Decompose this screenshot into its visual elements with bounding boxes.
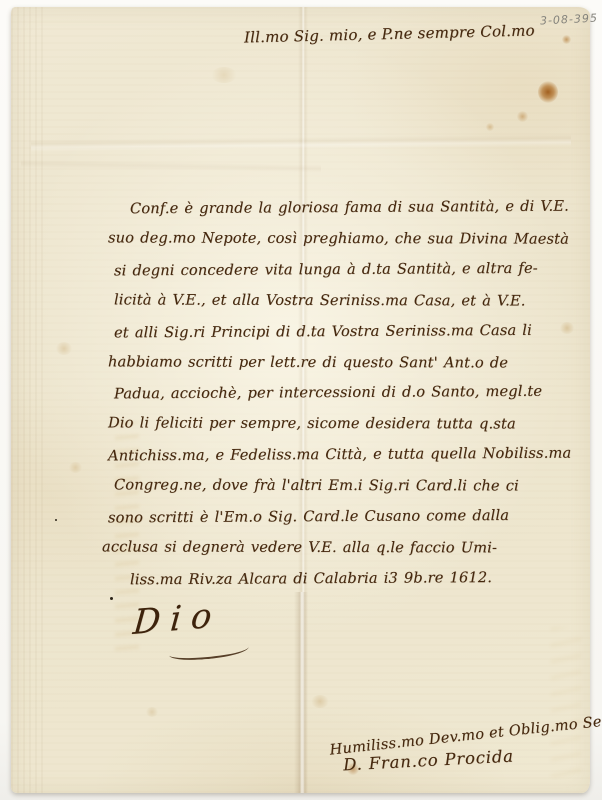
body-line: Padua, acciochè, per intercessioni di d.… [102, 377, 582, 411]
foxing-stain [69, 462, 82, 473]
body-line: Dio li feliciti per sempre, sicome desid… [102, 409, 582, 441]
archive-number: 3-08-395 [540, 11, 599, 27]
body-line: acclusa si degnerà vedere V.E. alla q.le… [102, 532, 582, 564]
body-line: Conf.e è grande la gloriosa fama di sua … [102, 192, 582, 226]
ink-speck [55, 519, 57, 521]
salutation-line: Ill.mo Sig. mio, e P.ne sempre Col.mo [244, 21, 535, 46]
ink-speck [110, 597, 113, 600]
letter-scan: 3-08-395 Ill.mo Sig. mio, e P.ne sempre … [0, 0, 602, 800]
body-line: licità à V.E., et alla Vostra Seriniss.m… [102, 285, 582, 317]
foxing-stain [211, 67, 237, 83]
body-line: liss.ma Riv.za Alcara di Calabria i3 9b.… [102, 562, 582, 596]
closing-flourish: Dio [131, 595, 223, 643]
paper-edge-texture [11, 7, 45, 793]
body-line: sono scritti è l'Em.o Sig. Card.le Cusan… [102, 501, 582, 535]
closing-flourish-swash [169, 640, 250, 662]
paper-sheet: 3-08-395 Ill.mo Sig. mio, e P.ne sempre … [11, 7, 590, 793]
foxing-stain [517, 111, 528, 122]
body-line: si degni concedere vita lunga à d.ta San… [102, 253, 582, 287]
foxing-stain [486, 123, 494, 131]
foxing-stain [56, 342, 72, 355]
body-line: et alli Sig.ri Principi di d.ta Vostra S… [102, 315, 582, 349]
foxing-stain [538, 81, 558, 103]
signature-block: Humiliss.mo Dev.mo et Oblig.mo Ser.re D.… [329, 729, 589, 768]
letter-body: Conf.e è grande la gloriosa fama di sua … [102, 193, 582, 595]
foxing-stain [146, 707, 158, 717]
body-line: Antichiss.ma, e Fedeliss.ma Città, e tut… [102, 439, 582, 473]
horizontal-crease [21, 159, 321, 172]
foxing-stain [562, 35, 571, 44]
foxing-stain [311, 695, 329, 708]
vertical-fold-crease-lower [294, 592, 308, 793]
body-line: Congreg.ne, dove frà l'altri Em.i Sig.ri… [102, 471, 582, 503]
body-line: suo deg.mo Nepote, così preghiamo, che s… [102, 223, 582, 255]
body-line: habbiamo scritti per lett.re di questo S… [102, 347, 582, 379]
